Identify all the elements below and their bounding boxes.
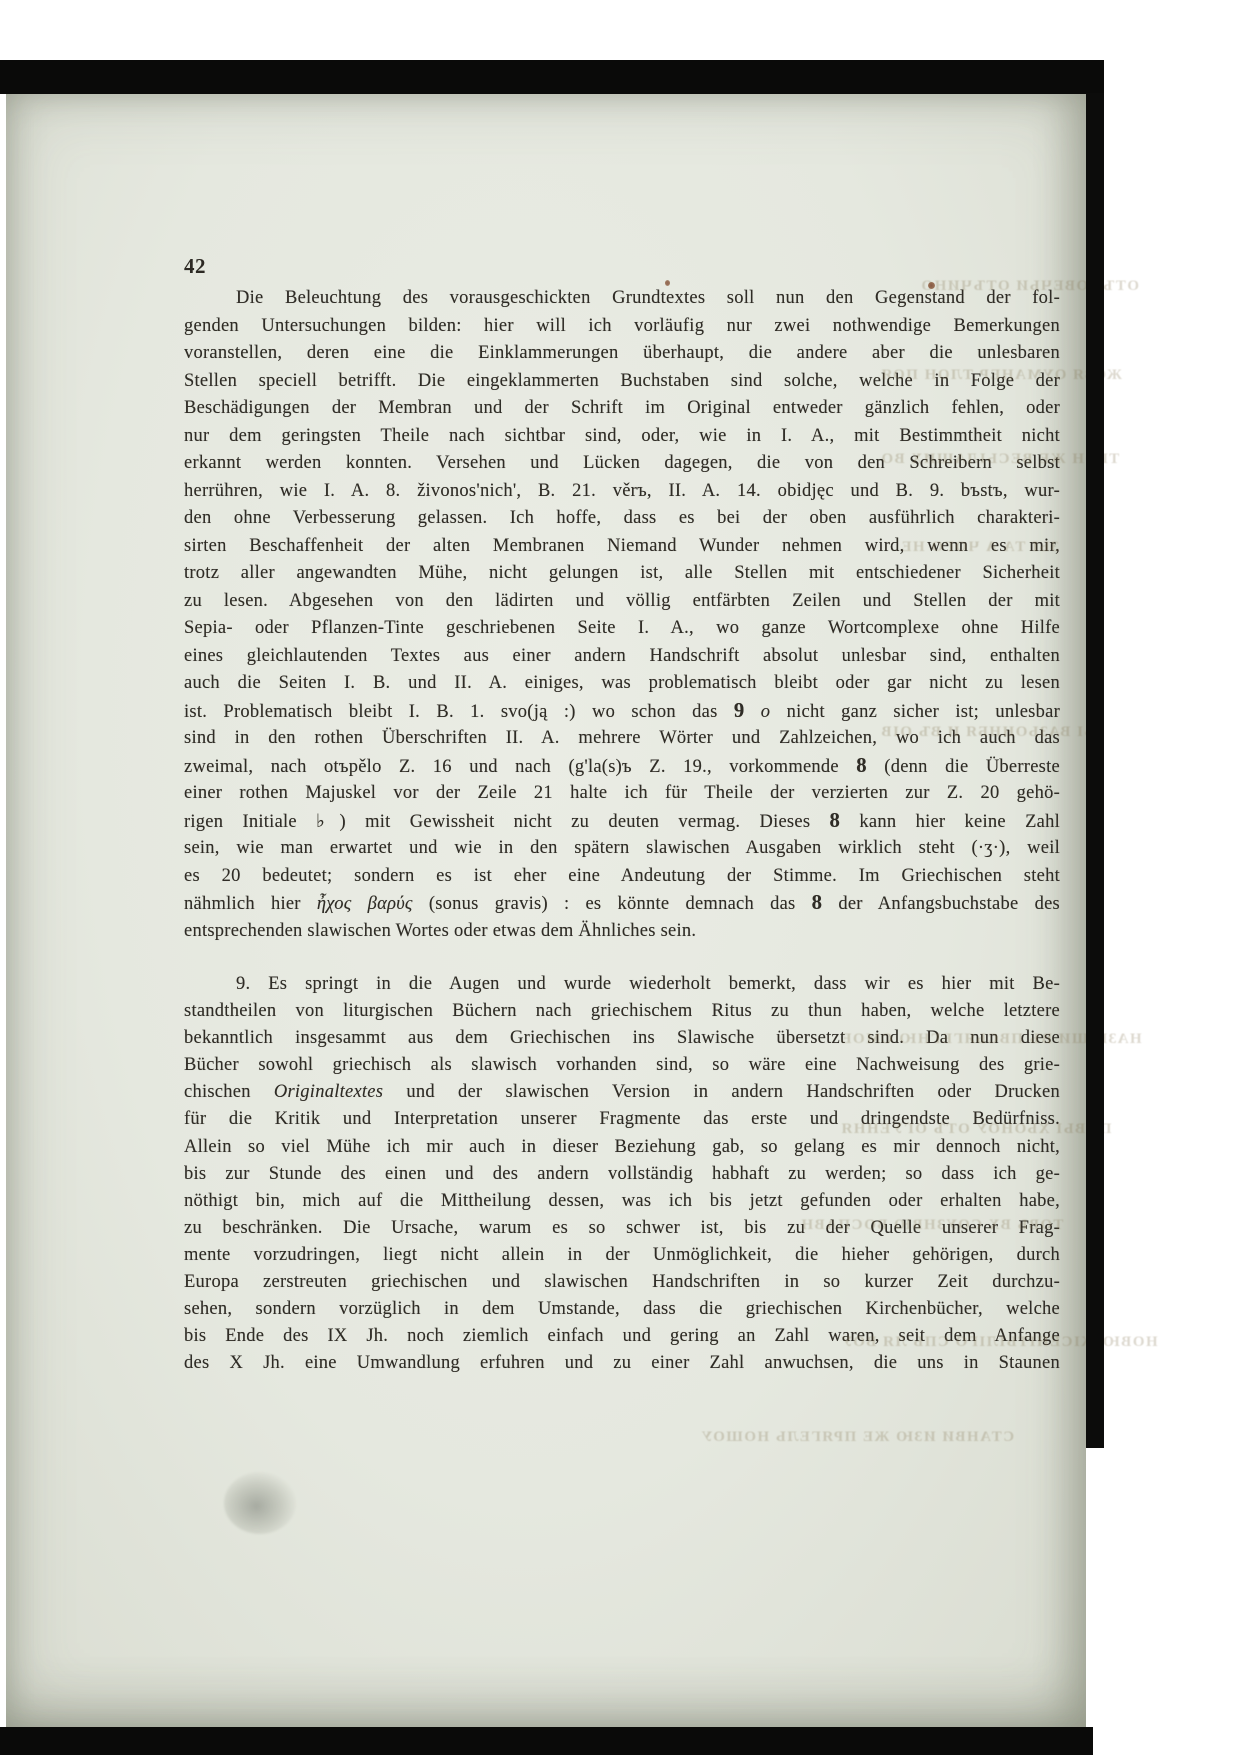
text-line: auch die Seiten I. B. und II. A. einiges… [184, 670, 1060, 698]
text-line: 9. Es springt in die Augen und wurde wie… [184, 971, 1060, 998]
ink-speck [928, 282, 935, 289]
showthrough-text: ЗЬІ ТА А ЧОГО НЕ [900, 539, 1059, 556]
text-line: eines gleichlautenden Textes aus einer a… [184, 643, 1060, 671]
text-line: entsprechenden slawischen Wortes oder et… [184, 918, 1060, 946]
text-line: sehen, sondern vorzüglich in dem Umstand… [184, 1296, 1060, 1323]
text-line: Beschädigungen der Membran und der Schri… [184, 395, 1060, 423]
text-line: Bücher sowohl griechisch als slawisch vo… [184, 1052, 1060, 1079]
scan-border-right [1086, 93, 1104, 1448]
text-line: nöthigt bin, mich auf die Mittheilung de… [184, 1188, 1060, 1215]
ink-speck [665, 280, 670, 286]
scan-border-bottom [0, 1727, 1093, 1755]
showthrough-text: ТОВЬ ВХ СОУЗНВЮ ВОСПАВН [800, 1217, 1063, 1234]
text-line: es 20 bedeutet; sondern es ist eher eine… [184, 863, 1060, 891]
showthrough-text: ЬІ ВАЗЬОННБЯ И ВЪ ОІВ [880, 724, 1094, 741]
text-line: bis zur Stunde des einen und des andern … [184, 1161, 1060, 1188]
text-line: Sepia- oder Pflanzen-Tinte geschriebenen… [184, 615, 1060, 643]
book-page-paper: 42 Die Beleuchtung des vorausgeschickten… [6, 94, 1086, 1727]
text-line: genden Untersuchungen bilden: hier will … [184, 313, 1060, 341]
text-line: chischen Originaltextes und der slawisch… [184, 1079, 1060, 1106]
text-line: ist. Problematisch bleibt I. B. 1. svo(j… [184, 698, 1060, 726]
text-line: Europa zerstreuten griechischen und slaw… [184, 1269, 1060, 1296]
scan-border-top [0, 60, 1104, 94]
text-line: trotz aller angewandten Mühe, nicht gelu… [184, 560, 1060, 588]
text-line: mente vorzudringen, liegt nicht allein i… [184, 1242, 1060, 1269]
text-line: den ohne Verbesserung gelassen. Ich hoff… [184, 505, 1060, 533]
text-line: nur dem geringsten Theile nach sichtbar … [184, 423, 1060, 451]
text-line: einer rothen Majuskel vor der Zeile 21 h… [184, 780, 1060, 808]
text-line: zu lesen. Abgesehen von den lädirten und… [184, 588, 1060, 616]
text-line: des X Jh. eine Umwandlung erfuhren und z… [184, 1350, 1060, 1377]
paper-smudge [224, 1472, 296, 1534]
text-line: zweimal, nach otъpělo Z. 16 und nach (g'… [184, 753, 1060, 781]
showthrough-text: ОТЪПОВЕЧЬИ ОТЪЧИНО [920, 278, 1139, 295]
text-line: sein, wie man erwartet und wie in den sp… [184, 835, 1060, 863]
showthrough-text: ПОВЬІ ХЬОНОУ ОТЪ ОГУЕННЯ [840, 1121, 1111, 1138]
text-line: herrühren, wie I. A. 8. živonos'nich', B… [184, 478, 1060, 506]
showthrough-text: НОВЮ ЖІСЕНІТЬІЛІГО СПЬ ЛЯ ВОУ [840, 1334, 1158, 1351]
text-line: rigen Initiale ♭) mit Gewissheit nicht z… [184, 808, 1060, 836]
scanned-book-page: 42 Die Beleuchtung des vorausgeschickten… [0, 0, 1240, 1755]
text-line: nähmlich hier ἦχος βαρύς (sonus gravis) … [184, 890, 1060, 918]
text-line: standtheilen von liturgischen Büchern na… [184, 998, 1060, 1025]
showthrough-text: ТРОН ЖЕ ВЕСЬІЛАШИХ ВО [880, 451, 1119, 468]
paragraph-remarks: Die Beleuchtung des vorausgeschickten Gr… [184, 285, 1060, 945]
text-line: voranstellen, deren eine die Einklammeru… [184, 340, 1060, 368]
showthrough-text: СТАНВИ ИЗЮ ЖЕ ПРЯГЕЛЬ НОШОУ [700, 1429, 1014, 1446]
page-number: 42 [184, 254, 206, 279]
